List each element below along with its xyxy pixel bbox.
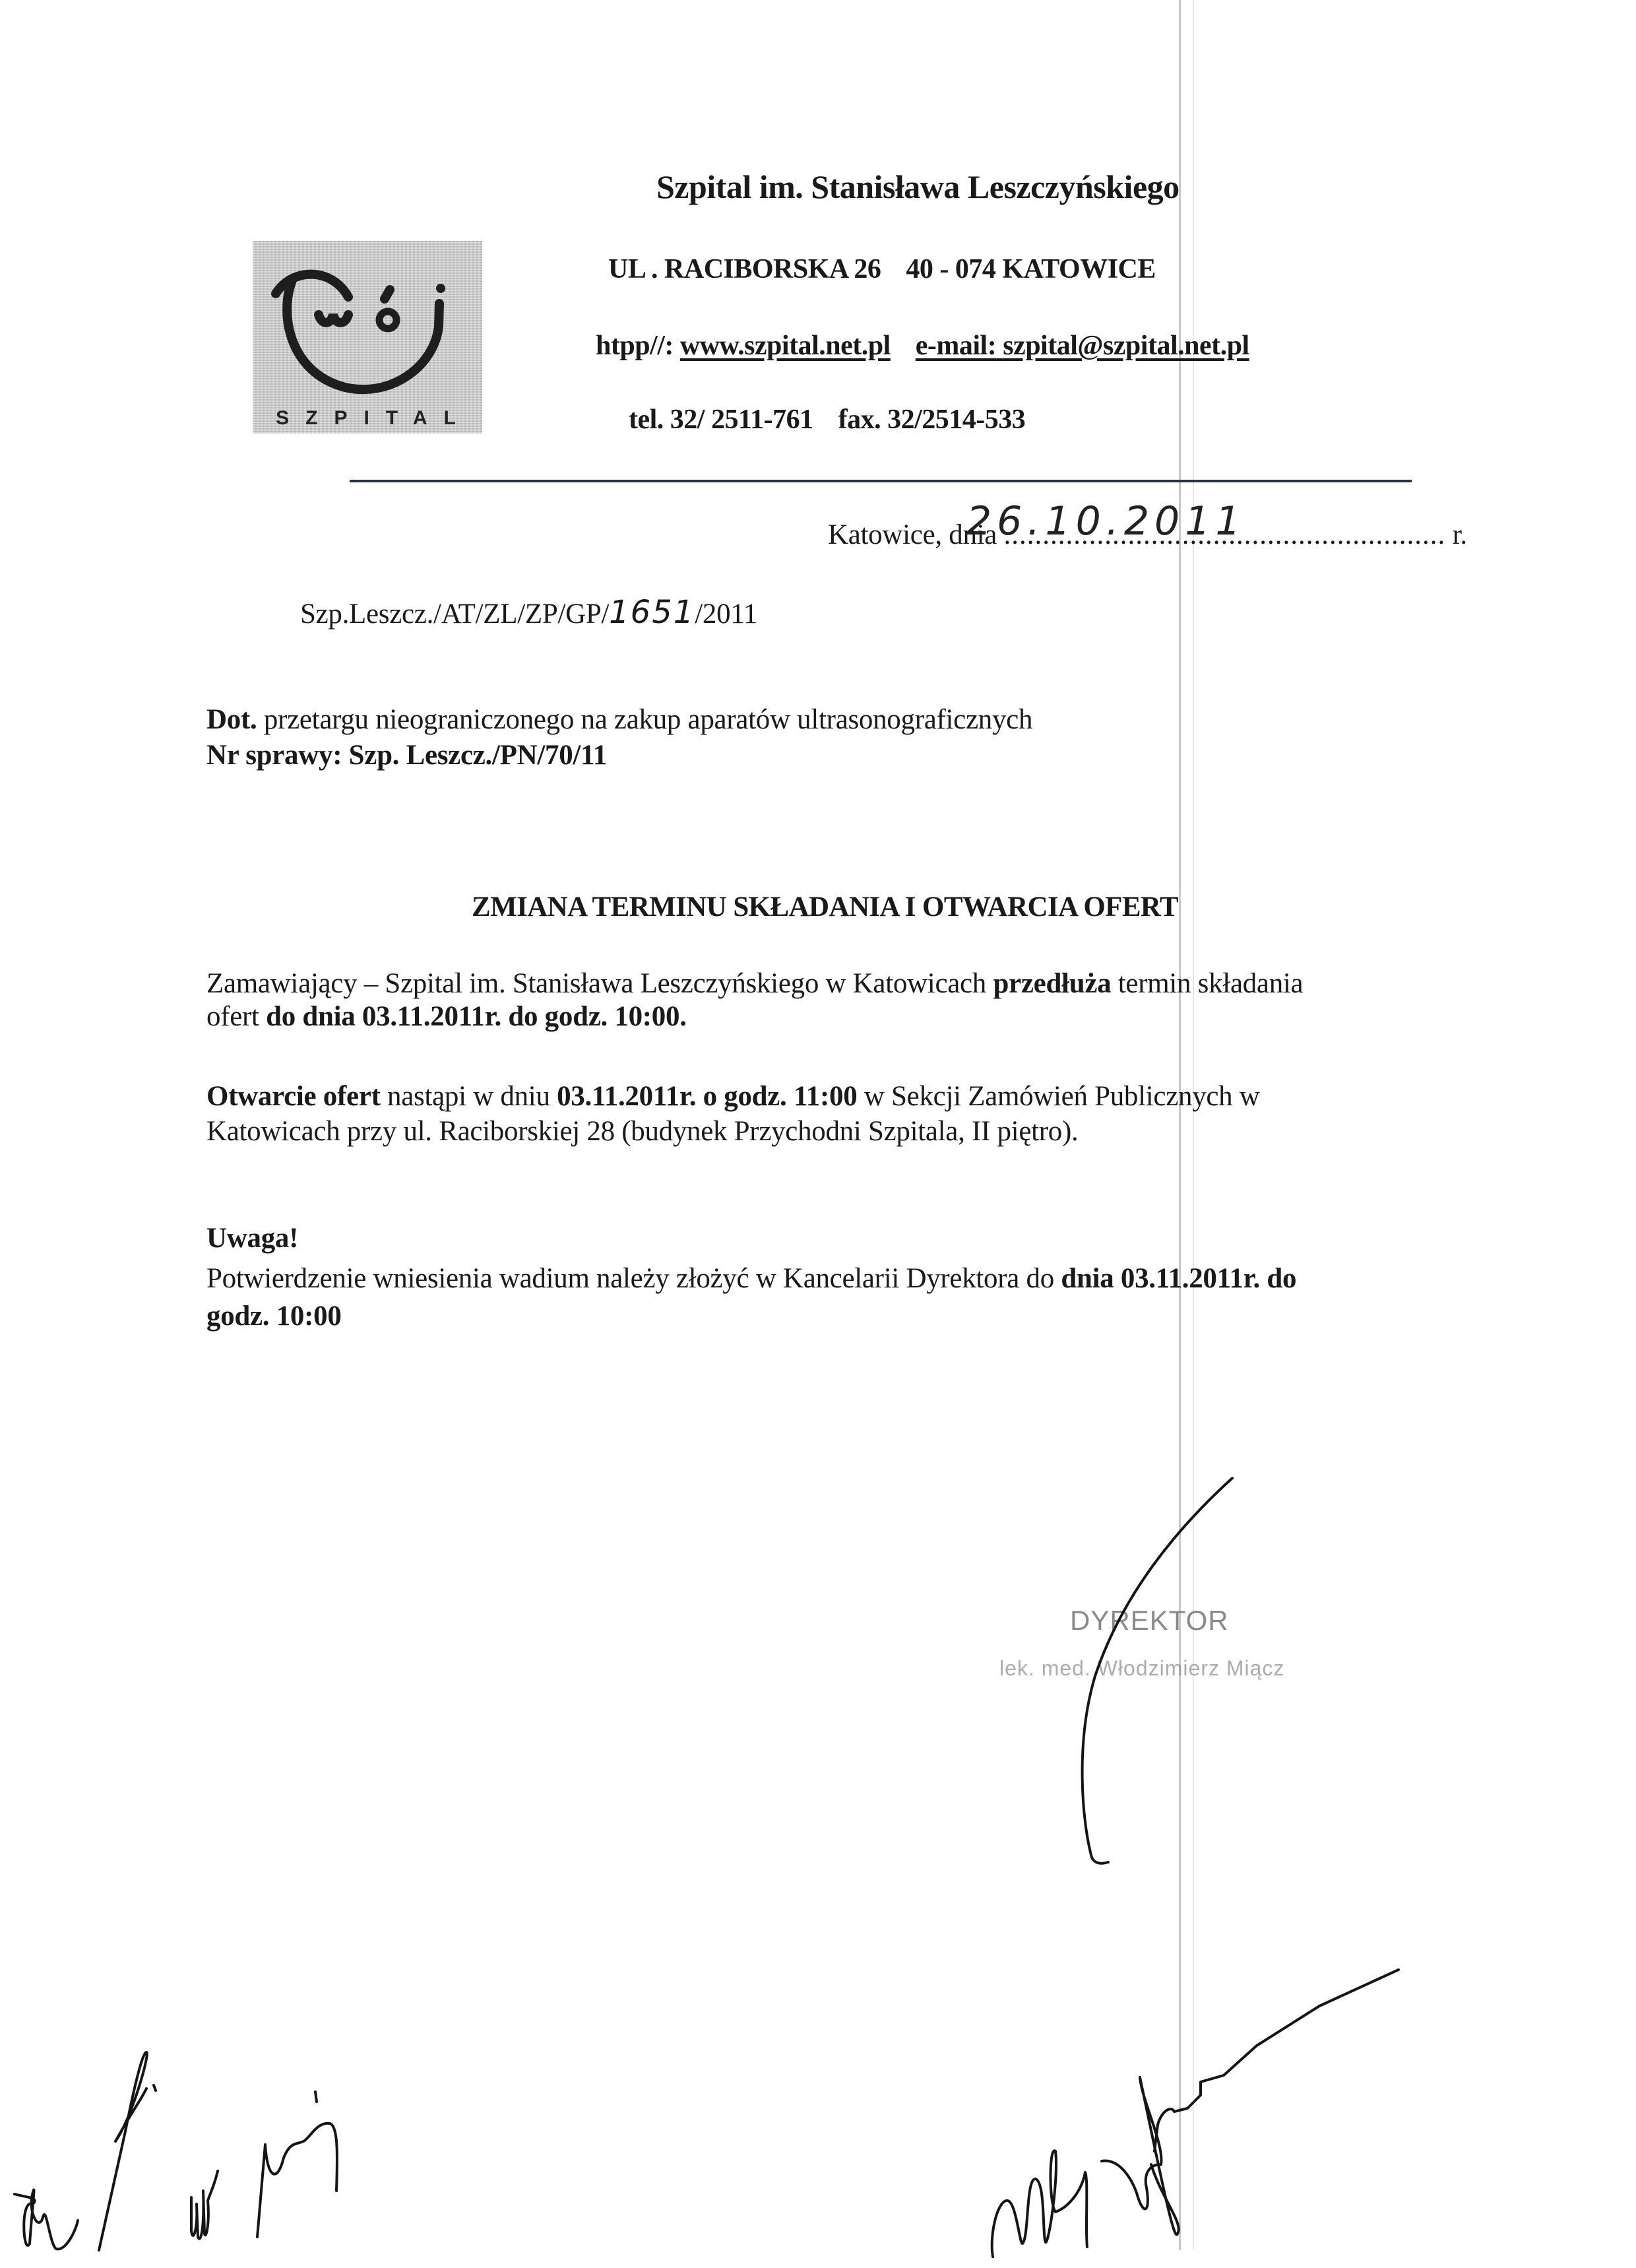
document-title: ZMIANA TERMINU SKŁADANIA I OTWARCIA OFER… [472, 891, 1178, 923]
hospital-contact-web: htpp//: www.szpital.net.ple-mail: szpita… [596, 330, 1249, 362]
logo-wordmark: SZPITAL [253, 407, 482, 430]
emphasis: dnia 03.11.2011r. do [1061, 1263, 1296, 1294]
emphasis: Otwarcie ofert [206, 1081, 381, 1112]
email-address: szpital@szpital.net.pl [1003, 331, 1249, 361]
handwritten-reference-number: 1651 [609, 594, 695, 631]
postal-city: 40 - 074 KATOWICE [906, 254, 1155, 284]
text: nastąpi w dniu [381, 1081, 557, 1112]
notice-title: Uwaga! [206, 1222, 298, 1254]
signature-3 [191, 2171, 218, 2238]
emphasis: przedłuża [993, 968, 1111, 999]
text: termin składania [1111, 968, 1303, 999]
director-stamp-name: lek. med. Włodzimierz Miącz [999, 1656, 1284, 1681]
telephone: tel. 32/ 2511-761 [629, 405, 813, 435]
email-link[interactable]: e-mail: szpital@szpital.net.pl [916, 331, 1249, 361]
signature-1 [15, 2189, 78, 2249]
paragraph-2-line-1: Otwarcie ofert nastąpi w dniu 03.11.2011… [206, 1080, 1260, 1113]
deadline: do dnia 03.11.2011r. do godz. 10:00. [266, 1001, 687, 1032]
opening-datetime: 03.11.2011r. o godz. 11:00 [557, 1081, 857, 1112]
letterhead-divider [350, 480, 1412, 482]
hospital-name: Szpital im. Stanisława Leszczyńskiego [656, 168, 1180, 206]
paragraph-2-line-2: Katowicach przy ul. Raciborskiej 28 (bud… [206, 1115, 1078, 1148]
hospital-address: UL . RACIBORSKA 2640 - 074 KATOWICE [608, 253, 1156, 285]
handwritten-date: 26.10.2011 [966, 498, 1246, 544]
paragraph-1-line-2: ofert do dnia 03.11.2011r. do godz. 10:0… [206, 1000, 687, 1033]
notice-line-1: Potwierdzenie wniesienia wadium należy z… [206, 1262, 1296, 1295]
web-label: htpp//: [596, 331, 674, 361]
text: Zamawiający – Szpital im. Stanisława Les… [206, 968, 993, 999]
subject-line: Dot. przetargu nieograniczonego na zakup… [206, 703, 1032, 736]
reference-suffix: /2011 [695, 599, 757, 630]
case-number: Nr sprawy: Szp. Leszcz./PN/70/11 [206, 739, 607, 771]
date-suffix: r. [1453, 519, 1467, 550]
subject-text: przetargu nieograniczonego na zakup apar… [264, 704, 1032, 735]
signature-6 [1102, 1970, 1399, 2234]
reference-prefix: Szp.Leszcz./AT/ZL/ZP/GP/ [300, 599, 609, 630]
twoj-smile-logo-icon [253, 241, 482, 434]
director-stamp-title: DYREKTOR [1070, 1605, 1229, 1636]
signature-2 [99, 2052, 147, 2250]
paragraph-1-line-1: Zamawiający – Szpital im. Stanisława Les… [206, 967, 1303, 1000]
signature-4 [257, 2123, 337, 2237]
street-address: UL . RACIBORSKA 26 [608, 254, 881, 284]
fax: fax. 32/2514-533 [838, 405, 1026, 435]
notice-line-2: godz. 10:00 [206, 1300, 342, 1332]
hospital-contact-phone: tel. 32/ 2511-761fax. 32/2514-533 [629, 404, 1025, 436]
website-link[interactable]: www.szpital.net.pl [680, 331, 891, 361]
text: Potwierdzenie wniesienia wadium należy z… [206, 1263, 1061, 1294]
text: w Sekcji Zamówień Publicznych w [857, 1081, 1259, 1112]
subject-label: Dot. [206, 704, 257, 735]
email-label: e-mail: [916, 331, 996, 361]
signature-5 [992, 2151, 1087, 2257]
text: ofert [206, 1001, 266, 1032]
reference-number: Szp.Leszcz./AT/ZL/ZP/GP/1651/2011 [300, 594, 757, 631]
hospital-logo: SZPITAL [253, 241, 482, 434]
